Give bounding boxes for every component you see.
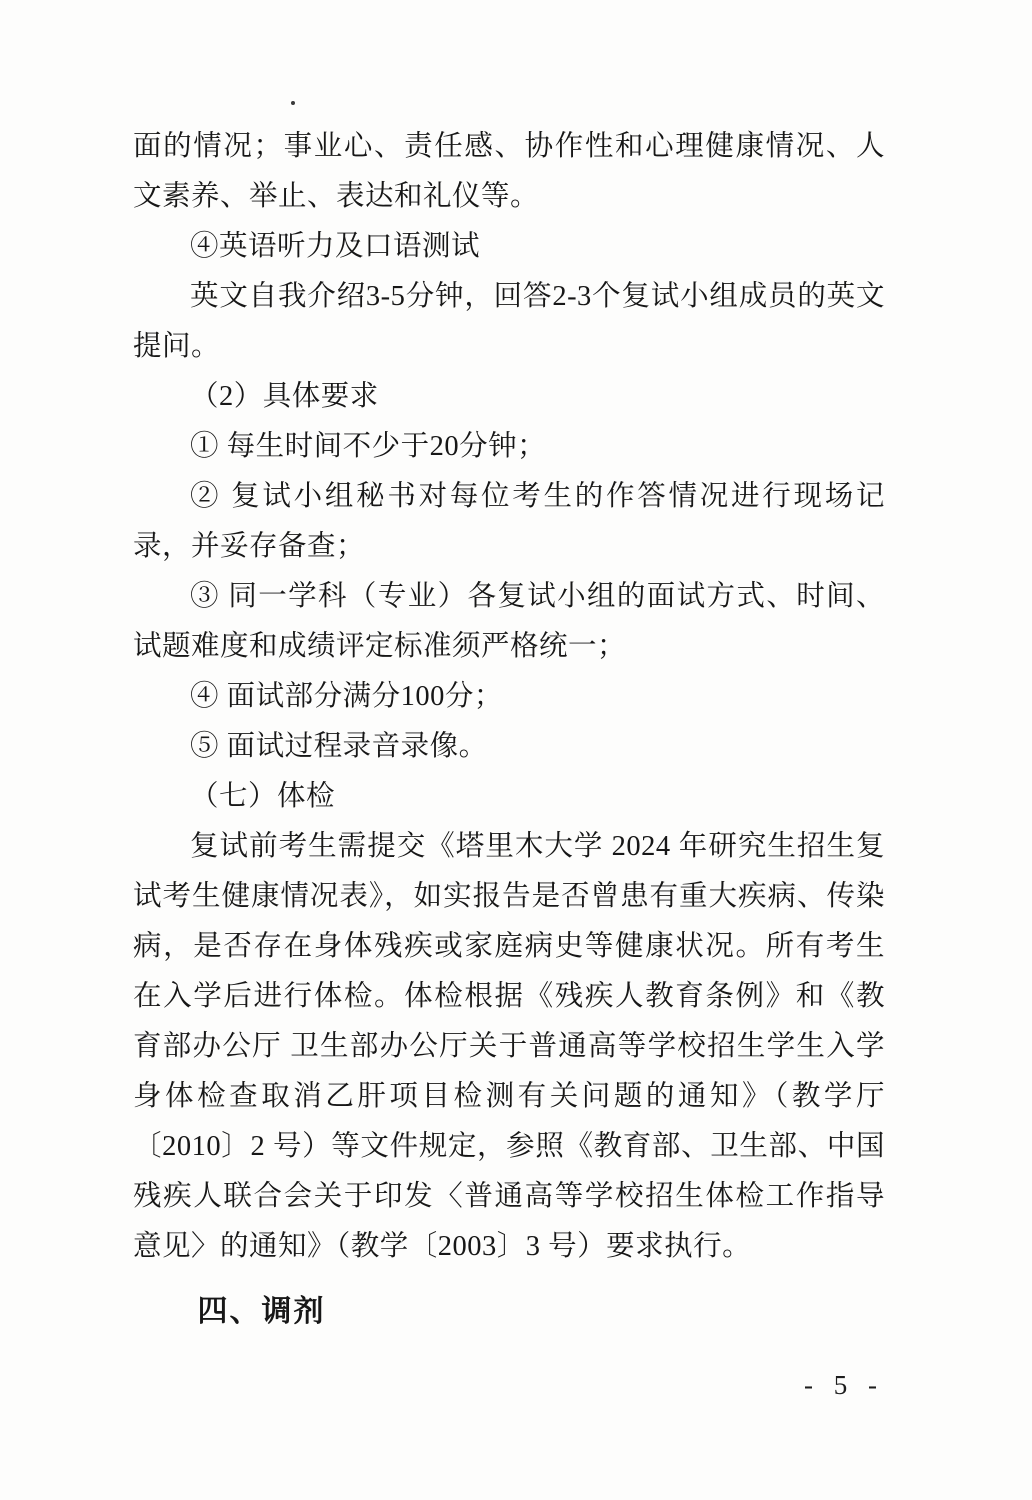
body-paragraph-requirement-4: ④ 面试部分满分100分；: [133, 672, 885, 722]
section-heading-transfer: 四、调剂: [133, 1286, 885, 1338]
body-paragraph-english-test-title: ④英语听力及口语测试: [133, 222, 885, 272]
body-paragraph-physical-exam-detail: 复试前考生需提交《塔里木大学 2024 年研究生招生复试考生健康情况表》，如实报…: [133, 822, 885, 1272]
body-paragraph-continuation: 面的情况；事业心、责任感、协作性和心理健康情况、人文素养、举止、表达和礼仪等。: [133, 122, 885, 222]
body-paragraph-requirement-2: ② 复试小组秘书对每位考生的作答情况进行现场记录，并妥存备查；: [133, 472, 885, 572]
document-text-block: 面的情况；事业心、责任感、协作性和心理健康情况、人文素养、举止、表达和礼仪等。 …: [133, 122, 885, 1338]
document-page: 面的情况；事业心、责任感、协作性和心理健康情况、人文素养、举止、表达和礼仪等。 …: [0, 0, 1032, 1500]
body-paragraph-physical-exam-title: （七）体检: [133, 772, 885, 822]
body-paragraph-requirement-1: ① 每生时间不少于20分钟；: [133, 422, 885, 472]
body-paragraph-requirement-3: ③ 同一学科（专业）各复试小组的面试方式、时间、试题难度和成绩评定标准须严格统一…: [133, 572, 885, 672]
scan-artifact-dot: [291, 101, 295, 105]
body-paragraph-specific-requirements-title: （2）具体要求: [133, 372, 885, 422]
body-paragraph-requirement-5: ⑤ 面试过程录音录像。: [133, 722, 885, 772]
page-number: - 5 -: [804, 1370, 884, 1400]
body-paragraph-english-test-detail: 英文自我介绍3-5分钟，回答2-3个复试小组成员的英文提问。: [133, 272, 885, 372]
